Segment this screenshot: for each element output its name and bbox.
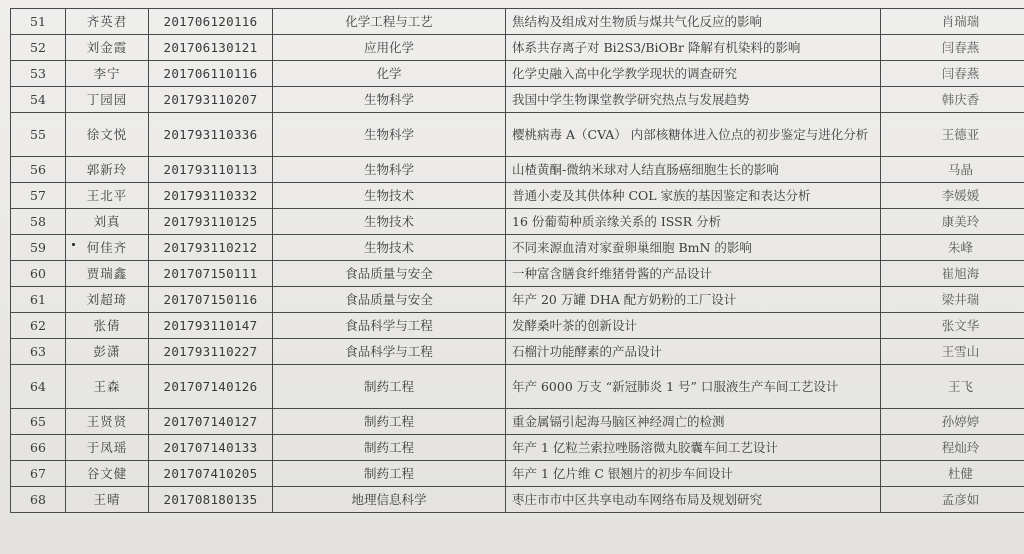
student-name-cell: 王北平 <box>66 183 149 209</box>
thesis-title-cell: 发酵桑叶茶的创新设计 <box>506 313 881 339</box>
advisor-cell: 程灿玲 <box>881 435 1024 461</box>
table-row: 60贾瑞鑫201707150111食品质量与安全一种富含膳食纤维猪骨酱的产品设计… <box>11 261 1024 287</box>
student-id-cell: 201707410205 <box>149 461 273 487</box>
major-cell: 食品科学与工程 <box>273 313 506 339</box>
thesis-title-cell: 樱桃病毒 A（CVA） 内部核糖体进入位点的初步鉴定与进化分析 <box>506 113 881 157</box>
student-name-cell: 刘超琦 <box>66 287 149 313</box>
major-cell: 生物技术 <box>273 183 506 209</box>
advisor-cell: 张文华 <box>881 313 1024 339</box>
table-row: 51齐英君201706120116化学工程与工艺焦结构及组成对生物质与煤共气化反… <box>11 9 1024 35</box>
row-number-cell: 68 <box>11 487 66 513</box>
major-cell: 食品质量与安全 <box>273 261 506 287</box>
major-cell: 制药工程 <box>273 365 506 409</box>
table-row: 64王森201707140126制药工程年产 6000 万支 “新冠肺炎 1 号… <box>11 365 1024 409</box>
row-number-cell: 51 <box>11 9 66 35</box>
major-cell: 生物科学 <box>273 157 506 183</box>
major-cell: 生物技术 <box>273 209 506 235</box>
major-cell: 制药工程 <box>273 461 506 487</box>
row-number-cell: 64 <box>11 365 66 409</box>
major-cell: 食品质量与安全 <box>273 287 506 313</box>
student-id-cell: 201793110125 <box>149 209 273 235</box>
thesis-title-cell: 我国中学生物课堂教学研究热点与发展趋势 <box>506 87 881 113</box>
row-number-cell: 61 <box>11 287 66 313</box>
thesis-title-cell: 年产 1 亿粒兰索拉唑肠溶微丸胶囊车间工艺设计 <box>506 435 881 461</box>
student-name-cell: 徐文悦 <box>66 113 149 157</box>
advisor-cell: 闫春燕 <box>881 61 1024 87</box>
thesis-title-cell: 普通小麦及其供体种 COL 家族的基因鉴定和表达分析 <box>506 183 881 209</box>
thesis-title-cell: 16 份葡萄种质亲缘关系的 ISSR 分析 <box>506 209 881 235</box>
advisor-cell: 韩庆香 <box>881 87 1024 113</box>
major-cell: 化学 <box>273 61 506 87</box>
thesis-title-cell: 不同来源血清对家蚕卵巢细胞 BmN 的影响 <box>506 235 881 261</box>
advisor-cell: 马晶 <box>881 157 1024 183</box>
thesis-title-cell: 年产 6000 万支 “新冠肺炎 1 号” 口服液生产车间工艺设计 <box>506 365 881 409</box>
student-name-cell: 齐英君 <box>66 9 149 35</box>
thesis-title-cell: 年产 1 亿片维 C 银翘片的初步车间设计 <box>506 461 881 487</box>
student-name-cell: 王贤贤 <box>66 409 149 435</box>
student-id-cell: 201793110113 <box>149 157 273 183</box>
student-id-cell: 201706120116 <box>149 9 273 35</box>
student-name-cell: 贾瑞鑫 <box>66 261 149 287</box>
thesis-title-cell: 重金属镉引起海马脑区神经凋亡的检测 <box>506 409 881 435</box>
row-number-cell: 54 <box>11 87 66 113</box>
major-cell: 化学工程与工艺 <box>273 9 506 35</box>
student-id-cell: 201707150116 <box>149 287 273 313</box>
document-page: 51齐英君201706120116化学工程与工艺焦结构及组成对生物质与煤共气化反… <box>0 0 1024 554</box>
student-name-cell: 彭潇 <box>66 339 149 365</box>
advisor-cell: 康美玲 <box>881 209 1024 235</box>
ink-speck <box>72 243 75 246</box>
student-name-cell: 何佳齐 <box>66 235 149 261</box>
thesis-title-cell: 石榴汁功能酵素的产品设计 <box>506 339 881 365</box>
advisor-cell: 闫春燕 <box>881 35 1024 61</box>
thesis-title-cell: 山楂黄酮-微纳米球对人结直肠癌细胞生长的影响 <box>506 157 881 183</box>
advisor-cell: 杜健 <box>881 461 1024 487</box>
row-number-cell: 53 <box>11 61 66 87</box>
major-cell: 制药工程 <box>273 435 506 461</box>
table-body: 51齐英君201706120116化学工程与工艺焦结构及组成对生物质与煤共气化反… <box>11 9 1024 513</box>
row-number-cell: 57 <box>11 183 66 209</box>
row-number-cell: 55 <box>11 113 66 157</box>
student-id-cell: 201707140126 <box>149 365 273 409</box>
row-number-cell: 58 <box>11 209 66 235</box>
student-name-cell: 王森 <box>66 365 149 409</box>
advisor-cell: 王飞 <box>881 365 1024 409</box>
advisor-cell: 王雪山 <box>881 339 1024 365</box>
table-row: 65王贤贤201707140127制药工程重金属镉引起海马脑区神经凋亡的检测孙婷… <box>11 409 1024 435</box>
student-id-cell: 201707140127 <box>149 409 273 435</box>
row-number-cell: 63 <box>11 339 66 365</box>
row-number-cell: 62 <box>11 313 66 339</box>
table-row: 53李宁201706110116化学化学史融入高中化学教学现状的调查研究闫春燕 <box>11 61 1024 87</box>
major-cell: 生物科学 <box>273 113 506 157</box>
advisor-cell: 肖瑞瑞 <box>881 9 1024 35</box>
table-row: 57王北平201793110332生物技术普通小麦及其供体种 COL 家族的基因… <box>11 183 1024 209</box>
student-id-cell: 201707150111 <box>149 261 273 287</box>
table-row: 55徐文悦201793110336生物科学樱桃病毒 A（CVA） 内部核糖体进入… <box>11 113 1024 157</box>
student-id-cell: 201793110147 <box>149 313 273 339</box>
thesis-title-cell: 枣庄市市中区共享电动车网络布局及规划研究 <box>506 487 881 513</box>
student-name-cell: 谷文健 <box>66 461 149 487</box>
thesis-table: 51齐英君201706120116化学工程与工艺焦结构及组成对生物质与煤共气化反… <box>10 8 1024 513</box>
student-id-cell: 201793110212 <box>149 235 273 261</box>
major-cell: 生物技术 <box>273 235 506 261</box>
advisor-cell: 孟彦如 <box>881 487 1024 513</box>
table-row: 68王晴201708180135地理信息科学枣庄市市中区共享电动车网络布局及规划… <box>11 487 1024 513</box>
table-row: 52刘金霞201706130121应用化学体系共存离子对 Bi2S3/BiOBr… <box>11 35 1024 61</box>
major-cell: 应用化学 <box>273 35 506 61</box>
major-cell: 食品科学与工程 <box>273 339 506 365</box>
table-row: 67谷文健201707410205制药工程年产 1 亿片维 C 银翘片的初步车间… <box>11 461 1024 487</box>
row-number-cell: 67 <box>11 461 66 487</box>
table-row: 63彭潇201793110227食品科学与工程石榴汁功能酵素的产品设计王雪山 <box>11 339 1024 365</box>
student-id-cell: 201793110207 <box>149 87 273 113</box>
table-row: 54丁园园201793110207生物科学我国中学生物课堂教学研究热点与发展趋势… <box>11 87 1024 113</box>
row-number-cell: 56 <box>11 157 66 183</box>
thesis-title-cell: 一种富含膳食纤维猪骨酱的产品设计 <box>506 261 881 287</box>
row-number-cell: 52 <box>11 35 66 61</box>
student-name-cell: 刘真 <box>66 209 149 235</box>
student-name-cell: 刘金霞 <box>66 35 149 61</box>
row-number-cell: 66 <box>11 435 66 461</box>
table-row: 66于凤瑶201707140133制药工程年产 1 亿粒兰索拉唑肠溶微丸胶囊车间… <box>11 435 1024 461</box>
major-cell: 地理信息科学 <box>273 487 506 513</box>
student-id-cell: 201706110116 <box>149 61 273 87</box>
table-row: 56郭新玲201793110113生物科学山楂黄酮-微纳米球对人结直肠癌细胞生长… <box>11 157 1024 183</box>
student-id-cell: 201707140133 <box>149 435 273 461</box>
table-row: 61刘超琦201707150116食品质量与安全年产 20 万罐 DHA 配方奶… <box>11 287 1024 313</box>
student-id-cell: 201793110332 <box>149 183 273 209</box>
student-id-cell: 201793110227 <box>149 339 273 365</box>
student-id-cell: 201708180135 <box>149 487 273 513</box>
student-name-cell: 丁园园 <box>66 87 149 113</box>
advisor-cell: 王德亚 <box>881 113 1024 157</box>
advisor-cell: 梁井瑞 <box>881 287 1024 313</box>
thesis-title-cell: 化学史融入高中化学教学现状的调查研究 <box>506 61 881 87</box>
advisor-cell: 孙婷婷 <box>881 409 1024 435</box>
student-name-cell: 王晴 <box>66 487 149 513</box>
student-name-cell: 李宁 <box>66 61 149 87</box>
row-number-cell: 60 <box>11 261 66 287</box>
thesis-title-cell: 焦结构及组成对生物质与煤共气化反应的影响 <box>506 9 881 35</box>
row-number-cell: 65 <box>11 409 66 435</box>
student-id-cell: 201706130121 <box>149 35 273 61</box>
thesis-title-cell: 体系共存离子对 Bi2S3/BiOBr 降解有机染料的影响 <box>506 35 881 61</box>
student-id-cell: 201793110336 <box>149 113 273 157</box>
advisor-cell: 崔旭海 <box>881 261 1024 287</box>
advisor-cell: 朱峰 <box>881 235 1024 261</box>
row-number-cell: 59 <box>11 235 66 261</box>
table-row: 62张倩201793110147食品科学与工程发酵桑叶茶的创新设计张文华 <box>11 313 1024 339</box>
table-row: 59何佳齐201793110212生物技术不同来源血清对家蚕卵巢细胞 BmN 的… <box>11 235 1024 261</box>
student-name-cell: 郭新玲 <box>66 157 149 183</box>
student-name-cell: 于凤瑶 <box>66 435 149 461</box>
thesis-title-cell: 年产 20 万罐 DHA 配方奶粉的工厂设计 <box>506 287 881 313</box>
major-cell: 生物科学 <box>273 87 506 113</box>
advisor-cell: 李媛媛 <box>881 183 1024 209</box>
table-row: 58刘真201793110125生物技术16 份葡萄种质亲缘关系的 ISSR 分… <box>11 209 1024 235</box>
student-name-cell: 张倩 <box>66 313 149 339</box>
major-cell: 制药工程 <box>273 409 506 435</box>
